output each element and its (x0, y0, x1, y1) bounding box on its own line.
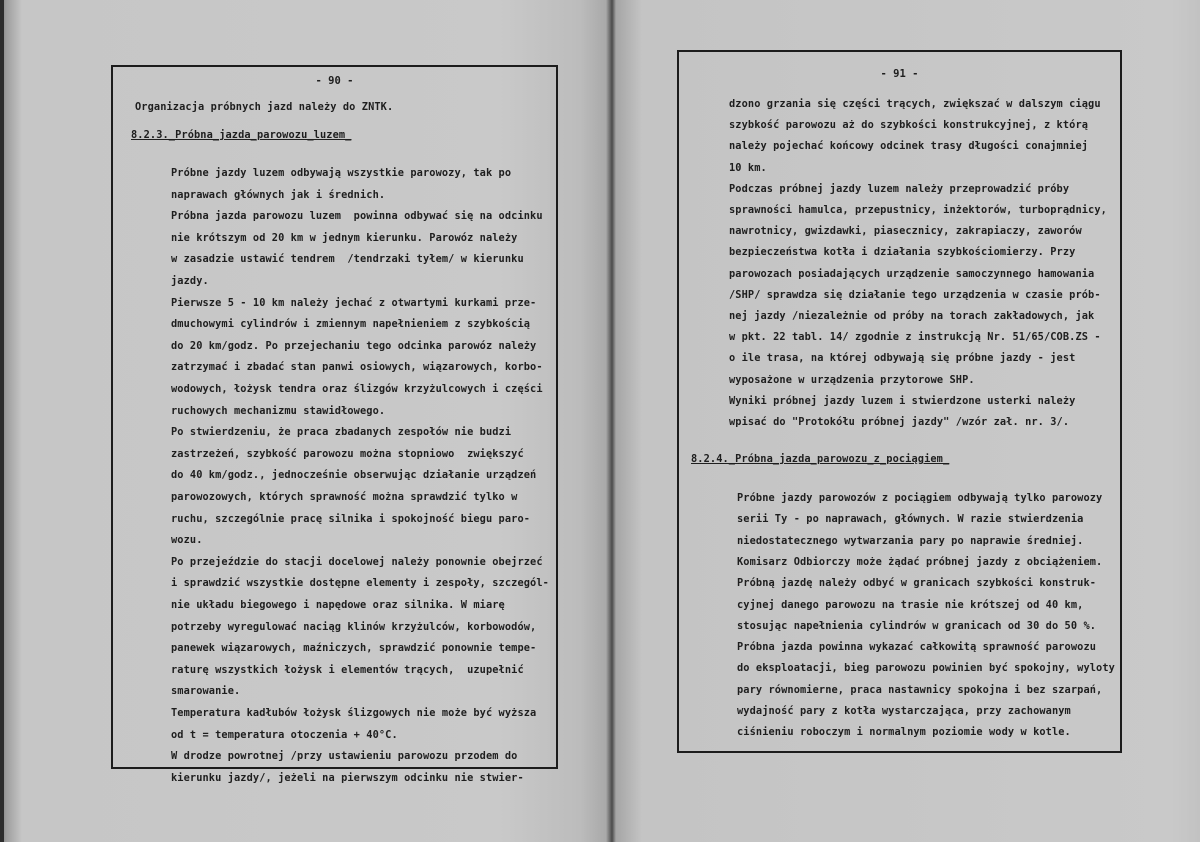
text-line: w pkt. 22 tabl. 14/ zgodnie z instrukcją… (729, 331, 1101, 343)
text-line: należy pojechać końcowy odcinek trasy dł… (729, 140, 1088, 152)
text-line: /SHP/ sprawdza się działanie tego urządz… (729, 289, 1101, 301)
text-line: do 40 km/godz., jednocześnie obserwując … (171, 469, 536, 481)
text-line: Komisarz Odbiorczy może żądać próbnej ja… (737, 556, 1102, 568)
text-line: Wyniki próbnej jazdy luzem i stwierdzone… (729, 395, 1075, 407)
text-line: potrzeby wyregulować naciąg klinów krzyż… (171, 621, 536, 633)
text-line: Podczas próbnej jazdy luzem należy przep… (729, 183, 1069, 195)
page-number: - 91 - (679, 68, 1120, 80)
right-page-frame: - 91 - dzono grzania się części trących,… (677, 50, 1122, 753)
text-line: Po stwierdzeniu, że praca zbadanych zesp… (171, 426, 511, 438)
text-line: w zasadzie ustawić tendrem /tendrzaki ty… (171, 253, 524, 265)
text-line: 10 km. (729, 162, 767, 174)
text-line: wpisać do "Protokółu próbnej jazdy" /wzó… (729, 416, 1069, 428)
text-line: bezpieczeństwa kotła i działania szybkoś… (729, 246, 1075, 258)
text-line: Po przejeździe do stacji docelowej należ… (171, 556, 543, 568)
text-line: Próbna jazda powinna wykazać całkowitą s… (737, 641, 1096, 653)
text-line: ruchowych mechanizmu stawidłowego. (171, 405, 385, 417)
text-line: naprawach głównych jak i średnich. (171, 189, 385, 201)
text-line: panewek wiązarowych, maźniczych, sprawdz… (171, 642, 536, 654)
text-line: dzono grzania się części trących, zwięks… (729, 98, 1101, 110)
text-line: W drodze powrotnej /przy ustawieniu paro… (171, 750, 517, 762)
text-line: do 20 km/godz. Po przejechaniu tego odci… (171, 340, 536, 352)
left-page-frame: - 90 - Organizacja próbnych jazd należy … (111, 65, 558, 769)
text-line: ciśnieniu roboczym i normalnym poziomie … (737, 726, 1071, 738)
intro-line: Organizacja próbnych jazd należy do ZNTK… (135, 101, 393, 113)
text-line: nej jazdy /niezależnie od próby na torac… (729, 310, 1094, 322)
text-line: dmuchowymi cylindrów i zmiennym napełnie… (171, 318, 530, 330)
section-heading: 8.2.4._Próbna_jazda_parowozu_z_pociągiem… (691, 453, 949, 465)
text-line: ruchu, szczególnie pracę silnika i spoko… (171, 513, 530, 525)
text-line: wodowych, łożysk tendra oraz ślizgów krz… (171, 383, 543, 395)
text-line: Próbna jazda parowozu luzem powinna odby… (171, 210, 543, 222)
book-spread: - 90 - Organizacja próbnych jazd należy … (0, 0, 1200, 842)
text-line: wozu. (171, 534, 203, 546)
book-edge (0, 0, 4, 842)
text-line: szybkość parowozu aż do szybkości konstr… (729, 119, 1088, 131)
text-line: Próbne jazdy parowozów z pociągiem odbyw… (737, 492, 1102, 504)
text-line: zastrzeżeń, szybkość parowozu można stop… (171, 448, 524, 460)
text-line: Temperatura kadłubów łożysk ślizgowych n… (171, 707, 536, 719)
text-line: o ile trasa, na której odbywają się prób… (729, 352, 1075, 364)
text-line: nie krótszym od 20 km w jednym kierunku.… (171, 232, 517, 244)
text-line: zatrzymać i zbadać stan panwi osiowych, … (171, 361, 543, 373)
text-line: wyposażone w urządzenia przytorowe SHP. (729, 374, 975, 386)
text-line: pary równomierne, praca nastawnicy spoko… (737, 684, 1102, 696)
text-line: parowozach posiadających urządzenie samo… (729, 268, 1094, 280)
page-number: - 90 - (113, 75, 556, 87)
text-line: i sprawdzić wszystkie dostępne elementy … (171, 577, 549, 589)
text-line: serii Ty - po naprawach, głównych. W raz… (737, 513, 1083, 525)
text-line: stosując napełnienia cylindrów w granica… (737, 620, 1096, 632)
text-line: sprawności hamulca, przepustnicy, inżekt… (729, 204, 1107, 216)
text-line: Próbną jazdę należy odbyć w granicach sz… (737, 577, 1096, 589)
text-line: wydajność pary z kotła wystarczająca, pr… (737, 705, 1071, 717)
text-line: raturę wszystkich łożysk i elementów trą… (171, 664, 524, 676)
text-line: nawrotnicy, gwizdawki, piasecznicy, zakr… (729, 225, 1082, 237)
text-line: od t = temperatura otoczenia + 40°C. (171, 729, 398, 741)
text-line: nie układu biegowego i napędowe oraz sil… (171, 599, 505, 611)
section-heading: 8.2.3._Próbna_jazda_parowozu_luzem_ (131, 129, 351, 141)
text-line: jazdy. (171, 275, 209, 287)
text-line: smarowanie. (171, 685, 240, 697)
text-line: parowozowych, których sprawność można sp… (171, 491, 517, 503)
text-line: cyjnej danego parowozu na trasie nie kró… (737, 599, 1083, 611)
text-line: kierunku jazdy/, jeżeli na pierwszym odc… (171, 772, 524, 784)
text-line: niedostatecznego wytwarzania pary po nap… (737, 535, 1083, 547)
text-line: Pierwsze 5 - 10 km należy jechać z otwar… (171, 297, 536, 309)
text-line: do eksploatacji, bieg parowozu powinien … (737, 662, 1115, 674)
text-line: Próbne jazdy luzem odbywają wszystkie pa… (171, 167, 511, 179)
